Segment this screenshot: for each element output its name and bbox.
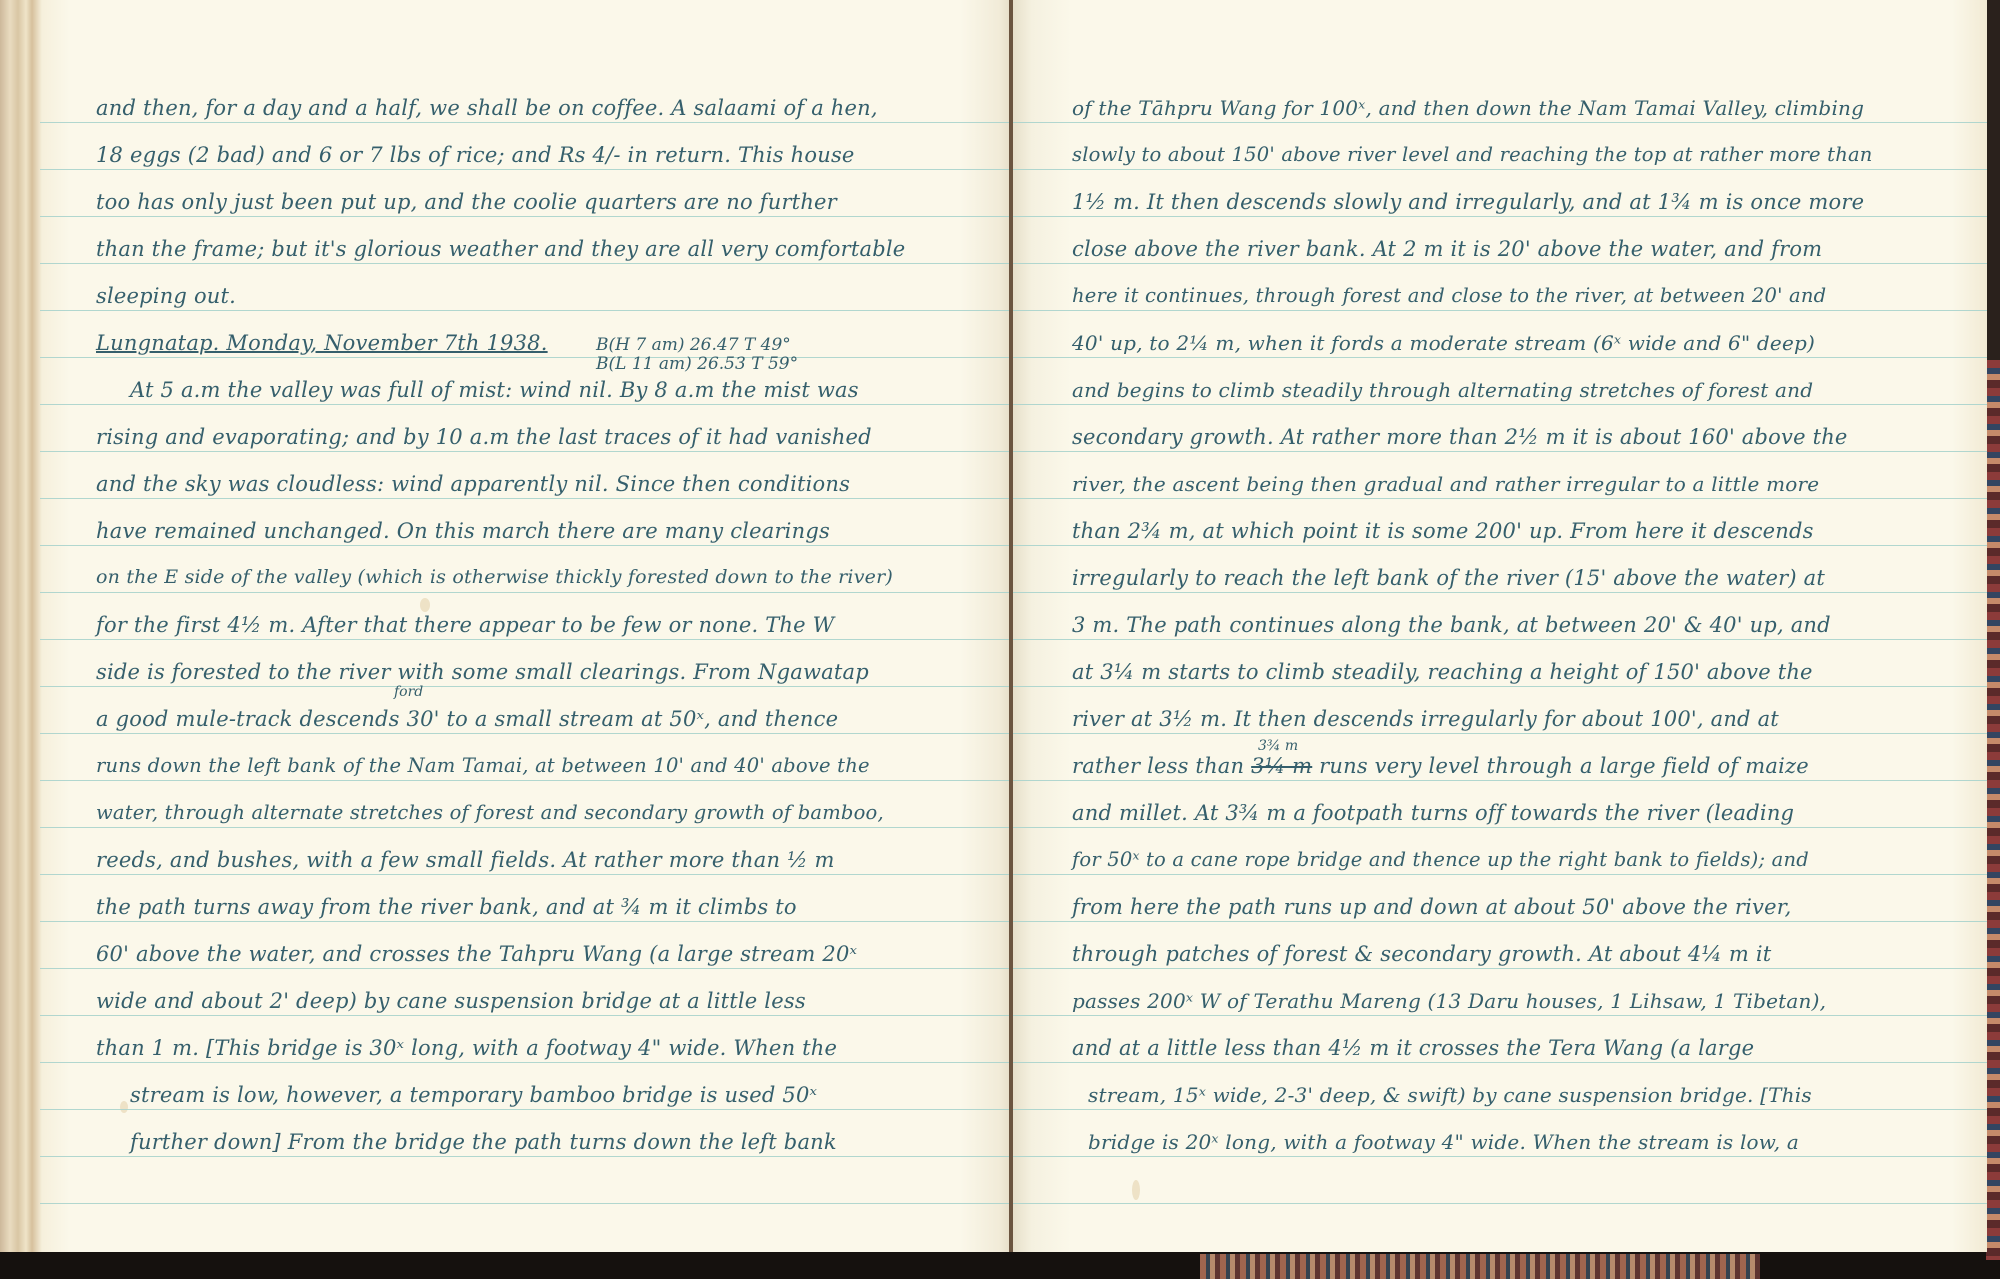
ruled-line [40, 169, 1012, 170]
handwritten-line: 1½ m. It then descends slowly and irregu… [1072, 190, 1864, 214]
handwritten-line: than 2¾ m, at which point it is some 200… [1072, 519, 1814, 543]
left-page: and then, for a day and a half, we shall… [0, 0, 1012, 1252]
handwritten-line: rising and evaporating; and by 10 a.m th… [96, 425, 872, 449]
ruled-line [40, 545, 1012, 546]
handwritten-line: for the first 4½ m. After that there app… [96, 613, 834, 637]
handwritten-line: here it continues, through forest and cl… [1072, 284, 1826, 307]
barometer-reading-late: B(L 11 am) 26.53 T 59° [596, 355, 798, 373]
ruled-line [1012, 1203, 1987, 1204]
ruled-line [40, 498, 1012, 499]
ruled-line [1012, 686, 1987, 687]
handwritten-line: 3 m. The path continues along the bank, … [1072, 613, 1831, 637]
ruled-line [1012, 827, 1987, 828]
handwritten-line: At 5 a.m the valley was full of mist: wi… [130, 378, 859, 402]
marbled-edge-bottom [1200, 1254, 1760, 1279]
ruled-line [1012, 1015, 1987, 1016]
handwritten-line: than 1 m. [This bridge is 30ˣ long, with… [96, 1036, 837, 1060]
ruled-line [1012, 498, 1987, 499]
handwritten-line: secondary growth. At rather more than 2½… [1072, 425, 1848, 449]
handwritten-line: for 50ˣ to a cane rope bridge and thence… [1072, 848, 1809, 871]
handwritten-line: at 3¼ m starts to climb steadily, reachi… [1072, 660, 1813, 684]
handwritten-line: slowly to about 150' above river level a… [1072, 143, 1873, 166]
ruled-line [40, 1203, 1012, 1204]
handwritten-line: have remained unchanged. On this march t… [96, 519, 830, 543]
handwritten-line: stream is low, however, a temporary bamb… [130, 1083, 817, 1107]
ruled-line [1012, 1109, 1987, 1110]
handwritten-line: wide and about 2' deep) by cane suspensi… [96, 989, 806, 1013]
ruled-line [1012, 1156, 1987, 1157]
ruled-line [40, 639, 1012, 640]
handwritten-line: stream, 15ˣ wide, 2-3' deep, & swift) by… [1088, 1083, 1812, 1107]
ruled-line [40, 968, 1012, 969]
line-text: runs very level through a large field of… [1319, 754, 1809, 778]
handwritten-line: and begins to climb steadily through alt… [1072, 378, 1813, 402]
cover-edge-right [1985, 0, 2000, 360]
ruled-line [40, 216, 1012, 217]
handwritten-line: and millet. At 3¾ m a footpath turns off… [1072, 801, 1794, 825]
ruled-line [40, 1156, 1012, 1157]
inline-insertion: 3¾ m [1258, 738, 1298, 754]
ruled-line [40, 357, 1012, 358]
ruled-line [1012, 874, 1987, 875]
ruled-line [1012, 310, 1987, 311]
handwritten-line: reeds, and bushes, with a few small fiel… [96, 848, 835, 872]
handwritten-line: from here the path runs up and down at a… [1072, 895, 1792, 919]
handwritten-line: the path turns away from the river bank,… [96, 895, 797, 919]
handwritten-line: runs down the left bank of the Nam Tamai… [96, 754, 870, 777]
ruled-line [40, 921, 1012, 922]
book-gutter [1009, 0, 1013, 1252]
ruled-line [1012, 921, 1987, 922]
ruled-line [40, 263, 1012, 264]
handwritten-line: a good mule-track descends 30' to a smal… [96, 707, 838, 731]
entry-heading: Lungnatap. Monday, November 7th 1938. [96, 331, 548, 355]
ruled-line [40, 451, 1012, 452]
ruled-line [40, 874, 1012, 875]
handwritten-line: on the E side of the valley (which is ot… [96, 566, 893, 588]
ruled-line [40, 122, 1012, 123]
handwritten-line: bridge is 20ˣ long, with a footway 4" wi… [1088, 1130, 1799, 1154]
line-text: rather less than [1072, 754, 1244, 778]
handwritten-line: and at a little less than 4½ m it crosse… [1072, 1036, 1754, 1060]
ruled-line [1012, 169, 1987, 170]
barometer-reading-morning: B(H 7 am) 26.47 T 49° [596, 336, 791, 354]
handwritten-line: 18 eggs (2 bad) and 6 or 7 lbs of rice; … [96, 143, 855, 167]
ruled-line [1012, 639, 1987, 640]
ruled-line [40, 827, 1012, 828]
ruled-line [40, 592, 1012, 593]
handwritten-line: sleeping out. [96, 284, 236, 308]
ruled-line [40, 733, 1012, 734]
ruled-line [40, 1109, 1012, 1110]
struck-out-text: 3¼ m [1251, 754, 1312, 778]
handwritten-line: 60' above the water, and crosses the Tah… [96, 942, 857, 966]
handwritten-line: river at 3½ m. It then descends irregula… [1072, 707, 1779, 731]
ruled-line [40, 686, 1012, 687]
inline-insertion: ford [394, 684, 423, 700]
paper-stain [1132, 1180, 1140, 1200]
ruled-line [1012, 1062, 1987, 1063]
ruled-line [1012, 968, 1987, 969]
handwritten-line: water, through alternate stretches of fo… [96, 801, 884, 824]
handwritten-line: of the Tāhpru Wang for 100ˣ, and then do… [1072, 96, 1864, 120]
ruled-line [1012, 404, 1987, 405]
paper-stain [420, 598, 430, 612]
ruled-line [40, 310, 1012, 311]
handwritten-line: and the sky was cloudless: wind apparent… [96, 472, 850, 496]
ruled-line [1012, 451, 1987, 452]
handwritten-line: river, the ascent being then gradual and… [1072, 472, 1819, 496]
ruled-line [1012, 733, 1987, 734]
ruled-line [40, 404, 1012, 405]
marbled-edge-right [1986, 360, 2000, 1260]
ruled-line [1012, 357, 1987, 358]
handwritten-line: close above the river bank. At 2 m it is… [1072, 237, 1822, 261]
handwritten-line-with-correction: rather less than 3¼ m runs very level th… [1072, 754, 1809, 778]
ruled-line [1012, 122, 1987, 123]
notebook-spread: and then, for a day and a half, we shall… [0, 0, 2000, 1279]
handwritten-line: further down] From the bridge the path t… [130, 1130, 837, 1154]
right-page: of the Tāhpru Wang for 100ˣ, and then do… [1012, 0, 1987, 1252]
handwritten-line: too has only just been put up, and the c… [96, 190, 837, 214]
ruled-line [1012, 263, 1987, 264]
ruled-line [1012, 216, 1987, 217]
handwritten-line: 40' up, to 2¼ m, when it fords a moderat… [1072, 331, 1815, 355]
ruled-line [1012, 545, 1987, 546]
handwritten-line: passes 200ˣ W of Terathu Mareng (13 Daru… [1072, 989, 1826, 1013]
paper-stain [120, 1101, 128, 1113]
handwritten-line: than the frame; but it's glorious weathe… [96, 237, 905, 261]
ruled-line [40, 780, 1012, 781]
ruled-line [1012, 780, 1987, 781]
ruled-line [40, 1015, 1012, 1016]
handwritten-line: side is forested to the river with some … [96, 660, 869, 684]
handwritten-line: and then, for a day and a half, we shall… [96, 96, 878, 120]
handwritten-line: through patches of forest & secondary gr… [1072, 942, 1771, 966]
ruled-line [40, 1062, 1012, 1063]
ruled-line [1012, 592, 1987, 593]
handwritten-line: irregularly to reach the left bank of th… [1072, 566, 1825, 590]
